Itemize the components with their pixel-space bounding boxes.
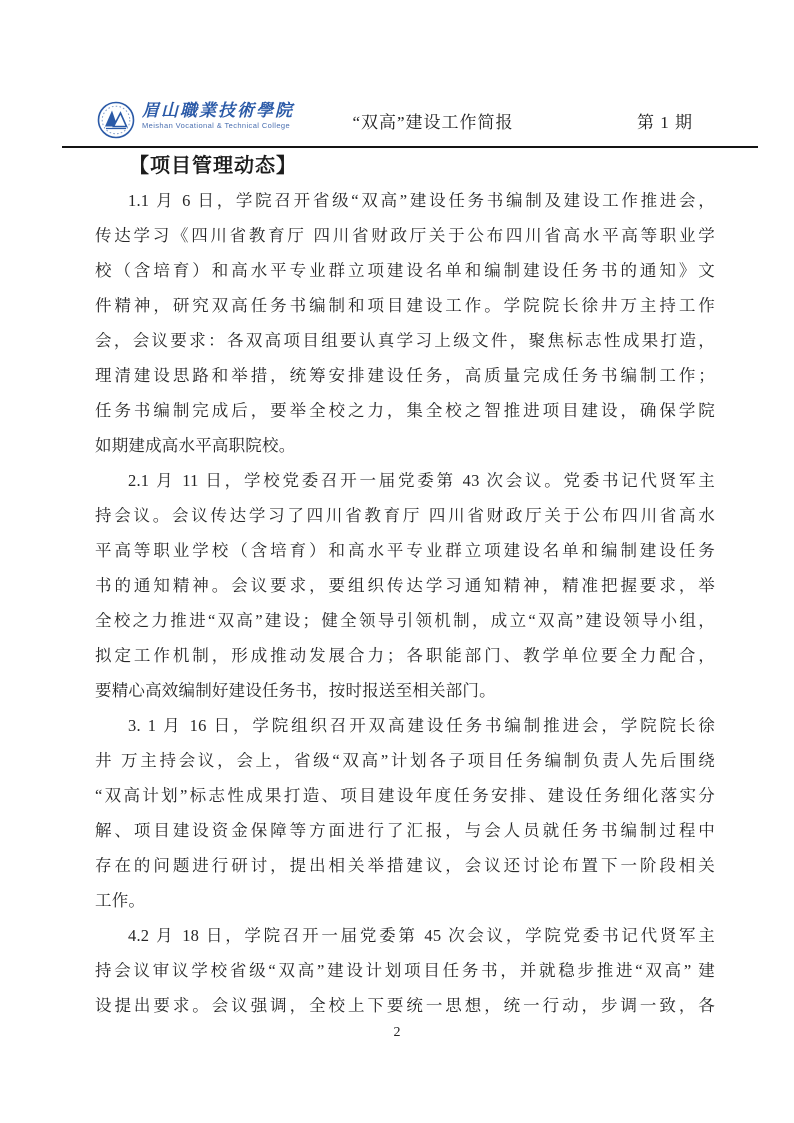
issue-number: 第 1 期 — [637, 108, 693, 133]
text-line: 会，会议要求：各双高项目组要认真学习上级文件，聚焦标志性成果打造， — [95, 323, 715, 358]
text-line: 持会议审议学校省级“双高”建设计划项目任务书，并就稳步推进“双高” 建 — [95, 953, 715, 988]
text-line: 全校之力推进“双高”建设；健全领导引领机制，成立“双高”建设领导小组， — [95, 603, 715, 638]
section-heading: 【项目管理动态】 — [129, 151, 297, 182]
school-seal-icon — [97, 101, 135, 139]
college-name-en: Meishan Vocational & Technical College — [142, 121, 294, 131]
text-line: 2.1 月 11 日，学校党委召开一届党委第 43 次会议。党委书记代贤军主 — [95, 463, 715, 498]
bulletin-title: “双高”建设工作简报 — [352, 108, 513, 133]
text-line: 工作。 — [95, 883, 715, 918]
header-rule-divider — [62, 146, 758, 148]
text-line: 井 万主持会议，会上，省级“双高”计划各子项目任务编制负责人先后围绕 — [95, 743, 715, 778]
text-line: “双高计划”标志性成果打造、项目建设年度任务安排、建设任务细化落实分 — [95, 778, 715, 813]
text-line: 理清建设思路和举措，统筹安排建设任务，高质量完成任务书编制工作； — [95, 358, 715, 393]
college-name-cn: 眉山職業技術學院 — [142, 100, 294, 121]
text-line: 传达学习《四川省教育厅 四川省财政厅关于公布四川省高水平高等职业学 — [95, 218, 715, 253]
text-line: 3. 1 月 16 日，学院组织召开双高建设任务书编制推进会，学院院长徐 — [95, 708, 715, 743]
text-line: 平高等职业学校（含培育）和高水平专业群立项建设名单和编制建设任务 — [95, 533, 715, 568]
text-line: 解、项目建设资金保障等方面进行了汇报，与会人员就任务书编制过程中 — [95, 813, 715, 848]
text-line: 存在的问题进行研讨，提出相关举措建议，会议还讨论布置下一阶段相关 — [95, 848, 715, 883]
page-number: 2 — [0, 1025, 794, 1041]
document-body: 1.1 月 6 日，学院召开省级“双高”建设任务书编制及建设工作推进会，传达学习… — [95, 183, 715, 1023]
text-line: 设提出要求。会议强调，全校上下要统一思想，统一行动，步调一致，各 — [95, 988, 715, 1023]
text-line: 持会议。会议传达学习了四川省教育厅 四川省财政厅关于公布四川省高水 — [95, 498, 715, 533]
text-line: 4.2 月 18 日，学院召开一届党委第 45 次会议，学院党委书记代贤军主 — [95, 918, 715, 953]
text-line: 件精神，研究双高任务书编制和项目建设工作。学院院长徐井万主持工作 — [95, 288, 715, 323]
text-line: 任务书编制完成后，要举全校之力，集全校之智推进项目建设，确保学院 — [95, 393, 715, 428]
text-line: 校（含培育）和高水平专业群立项建设名单和编制建设任务书的通知》文 — [95, 253, 715, 288]
text-line: 要精心高效编制好建设任务书，按时报送至相关部门。 — [95, 673, 715, 708]
text-line: 书的通知精神。会议要求，要组织传达学习通知精神，精准把握要求，举 — [95, 568, 715, 603]
header-logo: 眉山職業技術學院 Meishan Vocational & Technical … — [97, 100, 294, 139]
document-page: 眉山職業技術學院 Meishan Vocational & Technical … — [0, 0, 794, 1123]
text-line: 如期建成高水平高职院校。 — [95, 428, 715, 463]
text-line: 1.1 月 6 日，学院召开省级“双高”建设任务书编制及建设工作推进会， — [95, 183, 715, 218]
text-line: 拟定工作机制，形成推动发展合力；各职能部门、教学单位要全力配合， — [95, 638, 715, 673]
